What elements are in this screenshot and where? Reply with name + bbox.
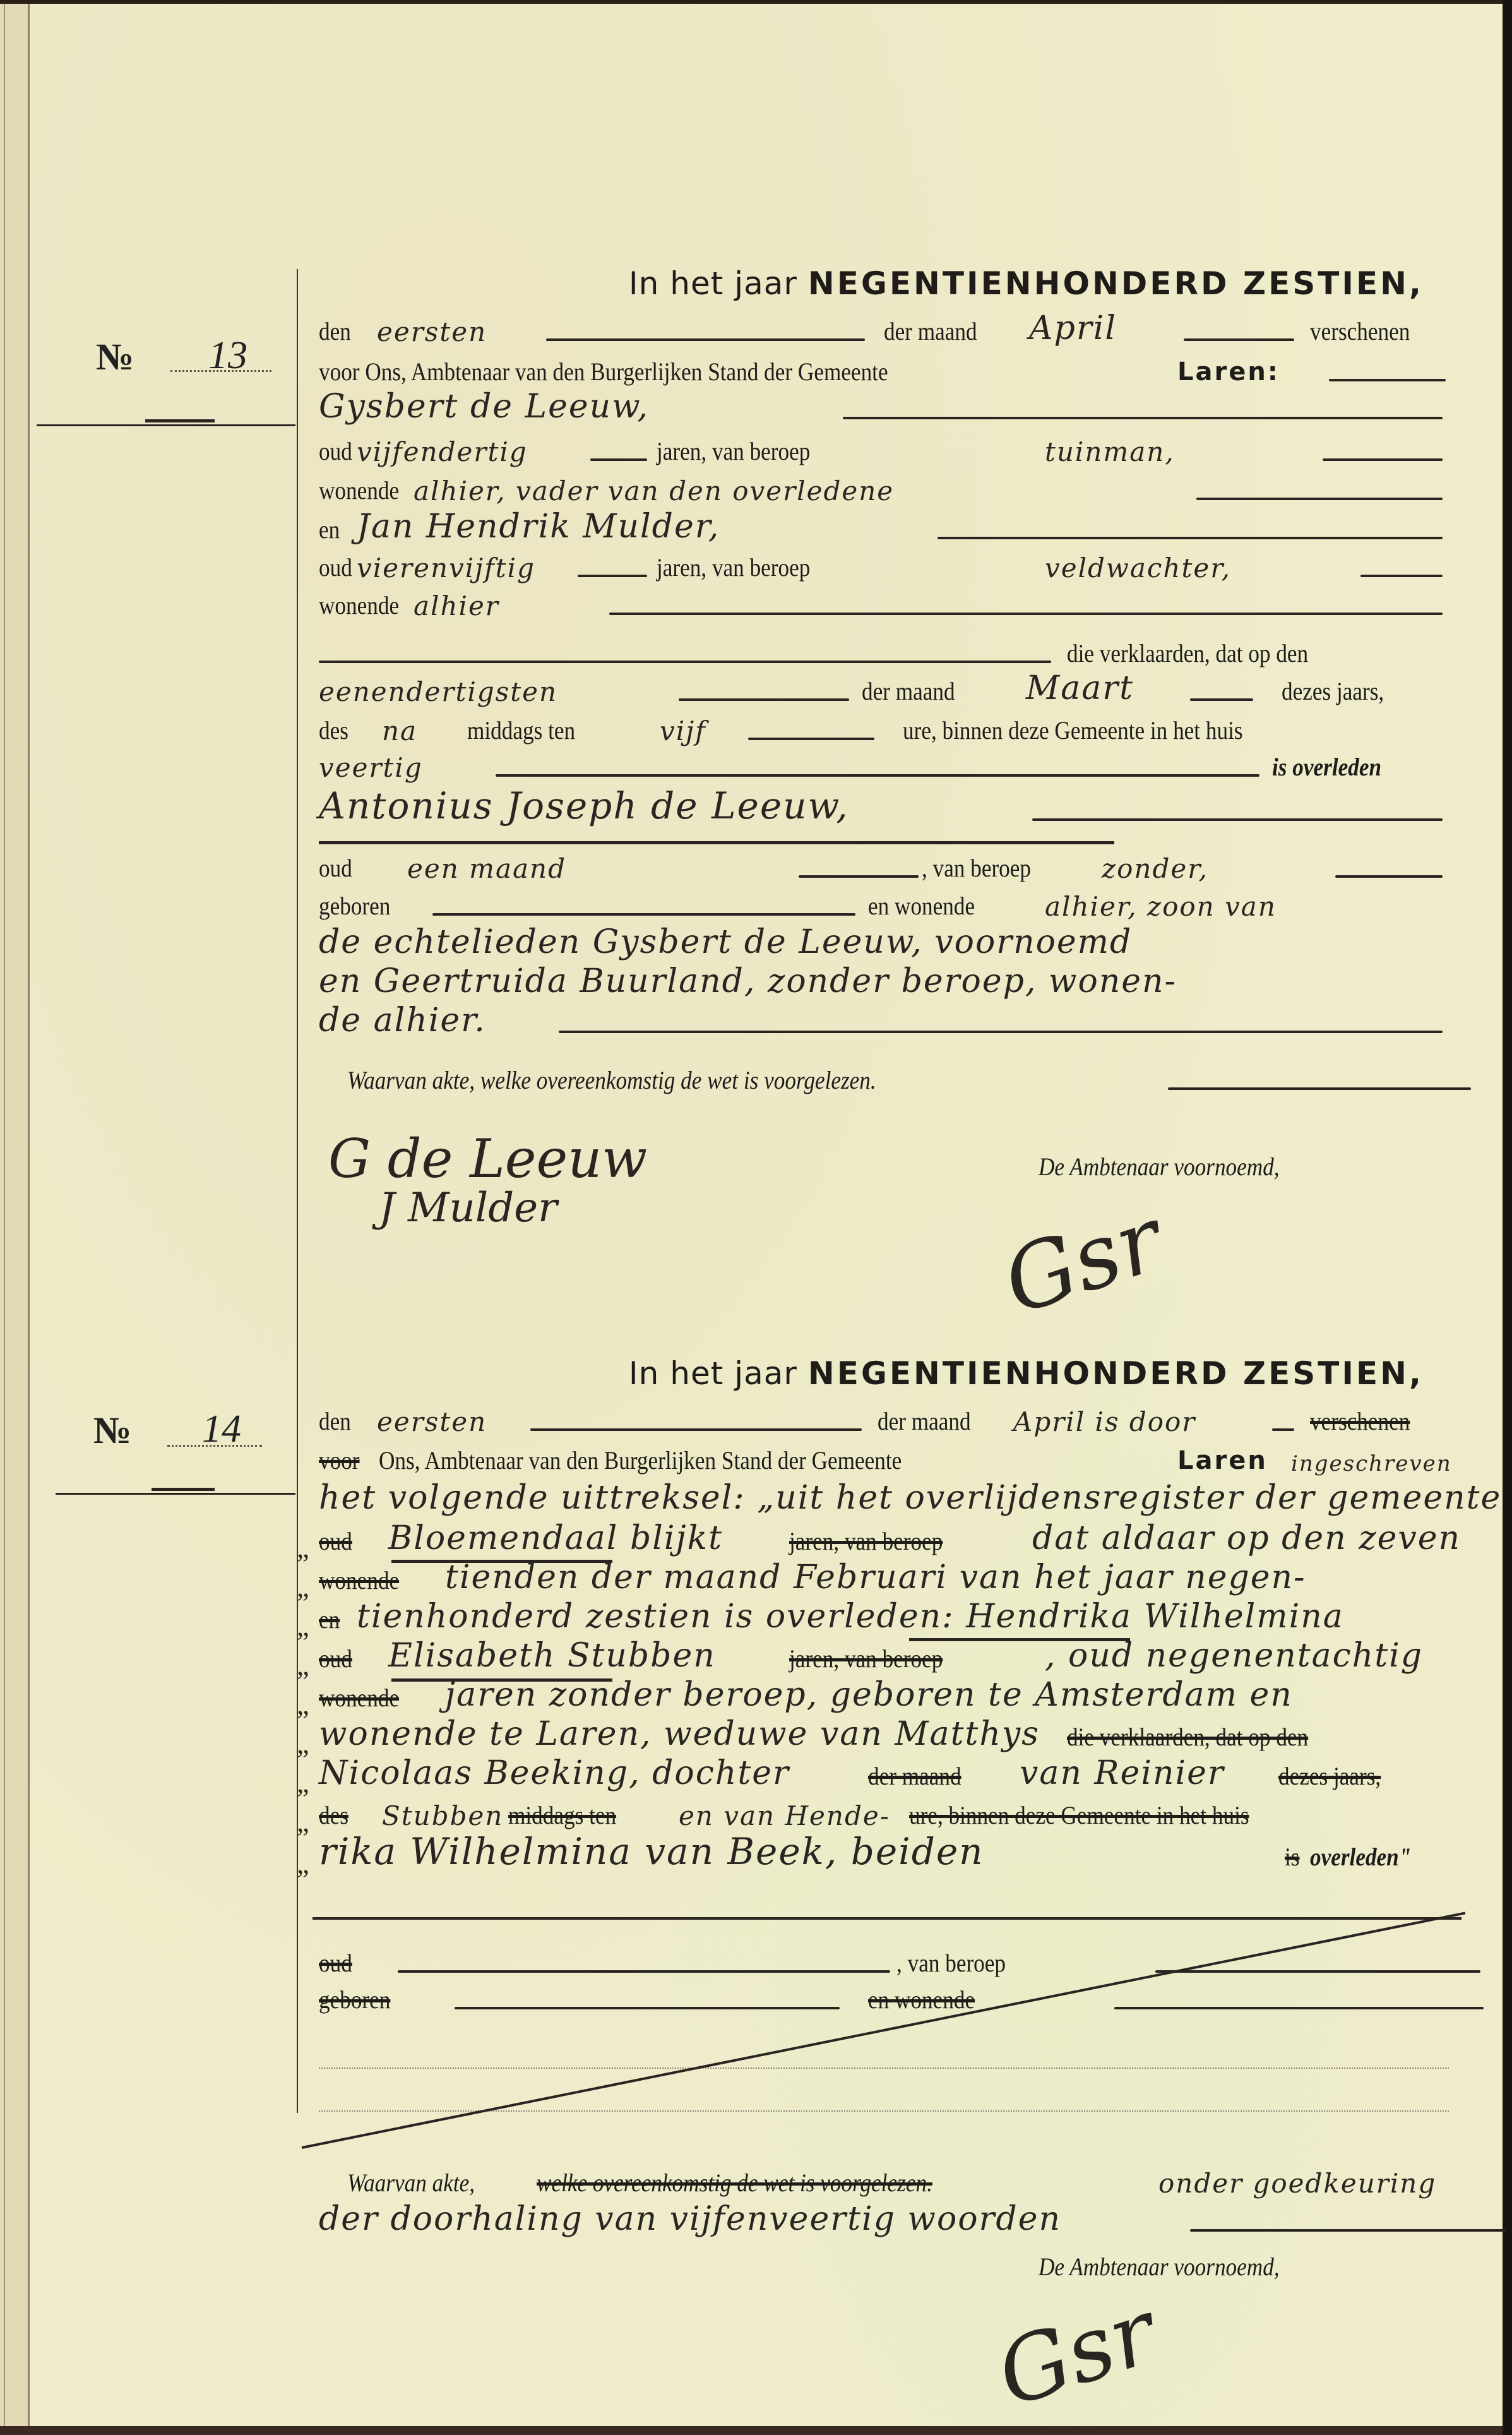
witness2-residence-row: wonende alhier: [319, 586, 1436, 624]
official-signature: Gsr: [992, 1188, 1174, 1334]
ditto-mark: „: [297, 1649, 309, 1682]
number-underline: [56, 1493, 295, 1495]
number-label: №: [96, 335, 134, 379]
ditto-mark: „: [297, 1532, 309, 1564]
geboren-row: geboren en wonende: [319, 1980, 1436, 2018]
deceased-age-row: oud een maand , van beroep zonder,: [319, 849, 1436, 887]
ditto-mark: „: [297, 1728, 309, 1760]
witness1-residence-row: wonende alhier, vader van den overledene: [319, 471, 1436, 509]
ditto-mark: „: [297, 1767, 309, 1799]
parents-row-2: en Geertruida Buurland, zonder beroep, w…: [319, 965, 1436, 1003]
parents-row-1: de echtelieden Gysbert de Leeuw, voornoe…: [319, 926, 1436, 964]
deceased-underline: [319, 841, 1114, 844]
row-3: het volgende uittreksel: „uit het overli…: [319, 1481, 1436, 1519]
death-date-row: eenendertigsten der maand Maart dezes ja…: [319, 672, 1436, 710]
oud-row: oud , van beroep: [319, 1944, 1436, 1982]
date-row: den eersten der maand April is door vers…: [319, 1402, 1436, 1440]
strike-rule: [313, 1917, 1461, 1920]
closing-row: Waarvan akte, welke overeenkomstig de we…: [319, 2163, 1436, 2201]
row-5: wonende tienden der maand Februari van h…: [319, 1561, 1436, 1599]
closing-row: Waarvan akte, welke overeenkomstig de we…: [319, 1061, 1436, 1099]
deceased-name-row: Antonius Joseph de Leeuw,: [319, 792, 1436, 830]
death-time-row: des na middags ten vijf ure, binnen deze…: [319, 711, 1436, 749]
row-8: wonende jaren zonder beroep, geboren te …: [319, 1678, 1436, 1716]
ditto-mark: „: [297, 1571, 309, 1603]
deceased-name: Antonius Joseph de Leeuw,: [319, 784, 849, 827]
witness1-name-row: Gysbert de Leeuw,: [319, 390, 1436, 428]
born-row: geboren en wonende alhier, zoon van: [319, 887, 1436, 924]
record-number: 13: [208, 333, 247, 378]
row-10: Nicolaas Beeking, dochter der maand van …: [319, 1757, 1436, 1795]
parents-row-3: de alhier.: [319, 1004, 1436, 1042]
binding-edge: [0, 4, 30, 2426]
ditto-mark: „: [297, 1848, 309, 1880]
day-value: eersten: [377, 316, 487, 347]
record-heading: In het jaar NEGENTIENHONDERD ZESTIEN,: [629, 1355, 1424, 1392]
witness2-name-row: en Jan Hendrik Mulder,: [319, 510, 1436, 548]
record-number: 14: [202, 1407, 241, 1452]
witness1-name: Gysbert de Leeuw,: [319, 388, 649, 426]
house-row: veertig is overleden: [319, 748, 1436, 786]
witness2-signature: J Mulder: [379, 1185, 557, 1231]
official-signature: Gsr: [985, 2280, 1168, 2427]
witness1-age-row: oud vijfendertig jaren, van beroep tuinm…: [319, 432, 1436, 470]
month-value: April: [1029, 309, 1117, 347]
row-4: oud Bloemendaal blijkt jaren, van beroep…: [319, 1522, 1436, 1560]
register-page: № 13 In het jaar NEGENTIENHONDERD ZESTIE…: [0, 0, 1503, 2435]
number-underline: [37, 424, 295, 426]
row-9: wonende te Laren, weduwe van Matthys die…: [319, 1718, 1436, 1756]
row-6: en tienhonderd zestien is overleden: Hen…: [319, 1600, 1436, 1638]
ditto-mark: „: [297, 1689, 309, 1721]
witness1-signature: G de Leeuw: [328, 1128, 647, 1190]
row-12: rika Wilhelmina van Beek, beiden is over…: [319, 1838, 1436, 1876]
witness2-age-row: oud vierenvijftig jaren, van beroep veld…: [319, 548, 1436, 586]
number-label: №: [93, 1409, 131, 1452]
official-label: De Ambtenaar voornoemd,: [1039, 2252, 1280, 2282]
official-row: voor Ons, Ambtenaar van den Burgerlijken…: [319, 1441, 1436, 1479]
row-7: oud Elisabeth Stubben jaren, van beroep …: [319, 1639, 1436, 1677]
row-11: des Stubben middags ten en van Hende- ur…: [319, 1796, 1436, 1834]
ditto-mark: „: [297, 1806, 309, 1838]
closing-row-2: der doorhaling van vijfenveertig woorden: [319, 2203, 1436, 2241]
municipality: Laren:: [1177, 357, 1280, 386]
official-label: De Ambtenaar voornoemd,: [1039, 1152, 1280, 1182]
ditto-mark: „: [297, 1610, 309, 1642]
date-row: den eersten der maand April verschenen: [319, 312, 1436, 350]
declared-row: die verklaarden, dat op den: [319, 634, 1436, 672]
record-heading: In het jaar NEGENTIENHONDERD ZESTIEN,: [629, 265, 1424, 302]
official-row: voor Ons, Ambtenaar van den Burgerlijken…: [319, 352, 1436, 390]
